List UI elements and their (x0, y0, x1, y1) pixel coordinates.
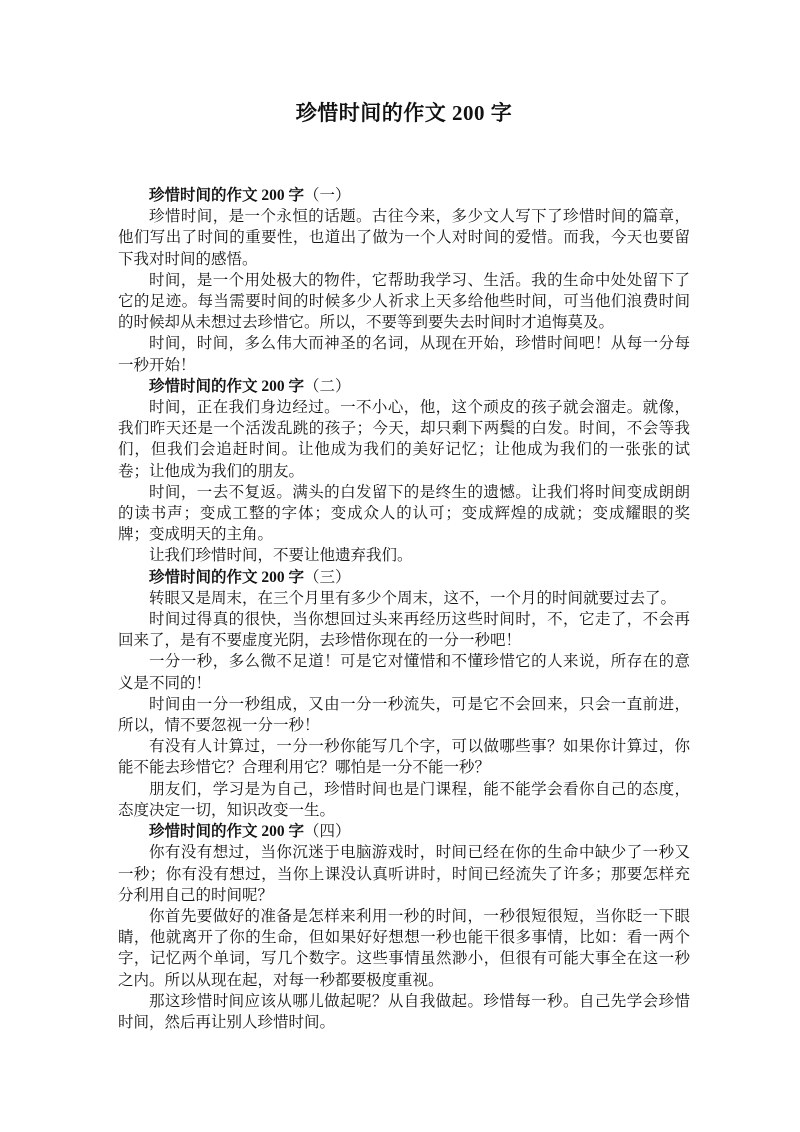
essay-paragraph: 让我们珍惜时间，不要让他遗弃我们。 (118, 545, 690, 566)
document-title: 珍惜时间的作文 200 字 (118, 98, 690, 128)
section-heading: 珍惜时间的作文 200 字（四） (118, 821, 690, 842)
section-heading: 珍惜时间的作文 200 字（三） (118, 567, 690, 588)
section-heading-number: （一） (304, 187, 351, 204)
essay-paragraph: 时间由一分一秒组成，又由一分一秒流失，可是它不会回来，只会一直前进，所以，情不要… (118, 694, 690, 736)
essay-paragraph: 时间，一去不复返。满头的白发留下的是终生的遗憾。让我们将时间变成朗朗的读书声；变… (118, 482, 690, 546)
essay-paragraph: 时间过得真的很快，当你想回过头来再经历这些时间时，不，它走了，不会再回来了，是有… (118, 609, 690, 651)
essay-paragraph: 一分一秒，多么微不足道！可是它对懂惜和不懂珍惜它的人来说，所存在的意义是不同的！ (118, 651, 690, 693)
essay-section-2: 珍惜时间的作文 200 字（二） 时间，正在我们身边经过。一不小心，他，这个顽皮… (118, 376, 690, 567)
essay-paragraph: 时间，是一个用处极大的物件，它帮助我学习、生活。我的生命中处处留下了它的足迹。每… (118, 270, 690, 334)
essay-paragraph: 那这珍惜时间应该从哪儿做起呢？从自我做起。珍惜每一秒。自己先学会珍惜时间，然后再… (118, 991, 690, 1033)
section-heading-text: 珍惜时间的作文 200 字 (149, 823, 304, 840)
section-heading-text: 珍惜时间的作文 200 字 (149, 187, 304, 204)
essay-section-4: 珍惜时间的作文 200 字（四） 你有没有想过，当你沉迷于电脑游戏时，时间已经在… (118, 821, 690, 1033)
essay-paragraph: 有没有人计算过，一分一秒你能写几个字，可以做哪些事？如果你计算过，你能不能去珍惜… (118, 736, 690, 778)
section-heading-text: 珍惜时间的作文 200 字 (149, 378, 304, 395)
essay-section-3: 珍惜时间的作文 200 字（三） 转眼又是周末，在三个月里有多少个周末，这不，一… (118, 567, 690, 821)
essay-section-1: 珍惜时间的作文 200 字（一） 珍惜时间，是一个永恒的话题。古往今来，多少文人… (118, 185, 690, 376)
essay-paragraph: 珍惜时间，是一个永恒的话题。古往今来，多少文人写下了珍惜时间的篇章，他们写出了时… (118, 206, 690, 270)
section-heading: 珍惜时间的作文 200 字（二） (118, 376, 690, 397)
essay-paragraph: 时间，时间，多么伟大而神圣的名词，从现在开始，珍惜时间吧！从每一分每一秒开始！ (118, 333, 690, 375)
essay-paragraph: 你有没有想过，当你沉迷于电脑游戏时，时间已经在你的生命中缺少了一秒又一秒；你有没… (118, 842, 690, 906)
essay-paragraph: 转眼又是周末，在三个月里有多少个周末，这不，一个月的时间就要过去了。 (118, 588, 690, 609)
essay-paragraph: 时间，正在我们身边经过。一不小心，他，这个顽皮的孩子就会溜走。就像，我们昨天还是… (118, 397, 690, 482)
document-page: 珍惜时间的作文 200 字 珍惜时间的作文 200 字（一） 珍惜时间，是一个永… (0, 0, 800, 1132)
essay-paragraph: 你首先要做好的准备是怎样来利用一秒的时间，一秒很短很短，当你眨一下眼睛，他就离开… (118, 906, 690, 991)
essay-paragraph: 朋友们，学习是为自己，珍惜时间也是门课程，能不能学会看你自己的态度，态度决定一切… (118, 779, 690, 821)
section-heading-number: （四） (304, 823, 351, 840)
section-heading: 珍惜时间的作文 200 字（一） (118, 185, 690, 206)
section-heading-text: 珍惜时间的作文 200 字 (149, 569, 304, 586)
section-heading-number: （三） (304, 569, 351, 586)
section-heading-number: （二） (304, 378, 351, 395)
essay-body: 珍惜时间的作文 200 字（一） 珍惜时间，是一个永恒的话题。古往今来，多少文人… (118, 185, 690, 1033)
